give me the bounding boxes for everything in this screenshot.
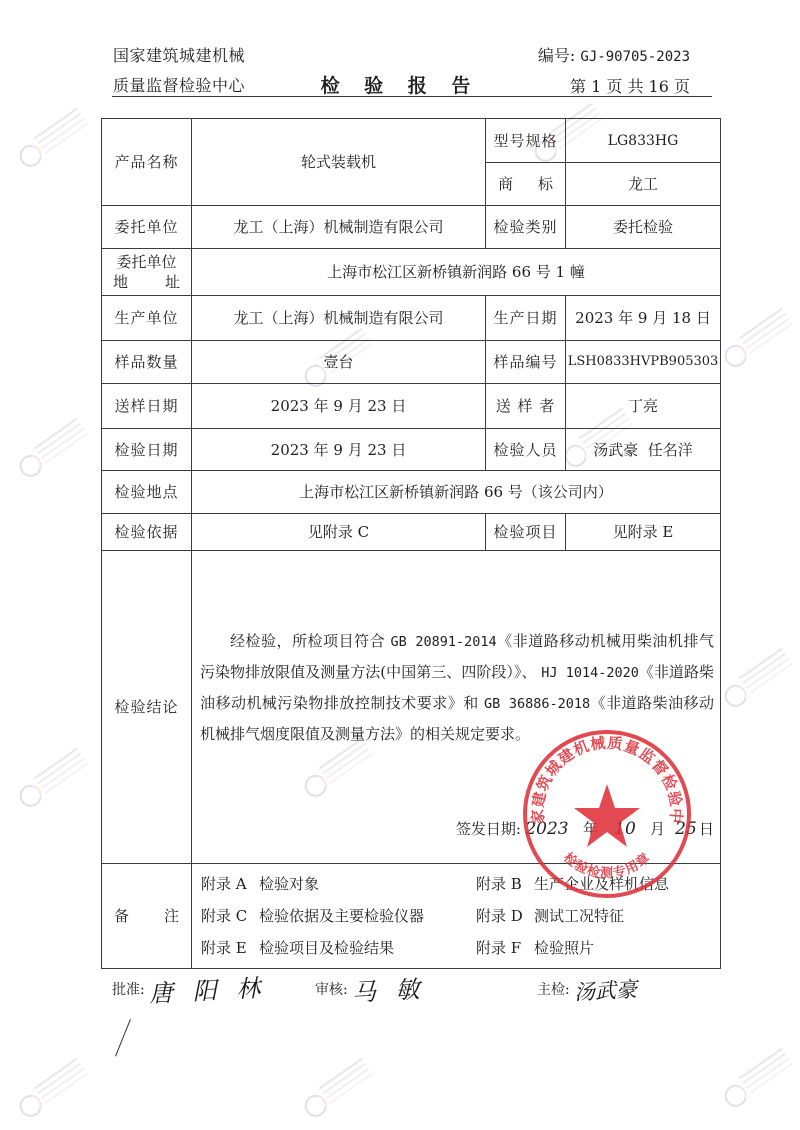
client-address-label-line1: 委托单位 — [102, 252, 191, 272]
client-value: 龙工（上海）机械制造有限公司 — [192, 206, 486, 249]
conclusion-label: 检验结论 — [102, 551, 192, 864]
appendix-title: 检验项目及检验结果 — [259, 939, 394, 957]
inspection-site-label: 检验地点 — [102, 471, 192, 514]
inspectors-label: 检验人员 — [486, 429, 566, 471]
sender-label: 送 样 者 — [486, 384, 566, 429]
watermark-icon — [11, 1051, 99, 1130]
year-unit: 年 — [583, 819, 598, 839]
issue-date-label: 签发日期: — [456, 819, 521, 839]
appendix-title: 测试工况特征 — [534, 907, 624, 925]
reviewer-signature: 审核: 马 敏 — [315, 979, 425, 1003]
approver-signature: 批准: 唐 阳 林 — [112, 979, 266, 1003]
appendix-code: 附录 A — [201, 868, 259, 900]
appendix-code: 附录 D — [476, 900, 534, 932]
appendix-item: 附录 C检验依据及主要检验仪器 — [201, 900, 476, 932]
production-date-value: 2023 年 9 月 18 日 — [566, 296, 721, 341]
appendix-code: 附录 B — [476, 868, 534, 900]
chief-inspector-signature: 主检: 汤武豪 — [537, 979, 637, 1003]
conclusion-text: 经检验，所检项目符合 GB 20891-2014《非道路移动机械用柴油机排气污染… — [200, 626, 714, 749]
trademark-label: 商 标 — [486, 163, 566, 206]
reviewer-label: 审核: — [315, 979, 348, 1001]
approver-label: 批准: — [112, 979, 145, 1001]
appendix-title: 检验对象 — [259, 875, 319, 893]
sample-number-value: LSH0833HVPB905303 — [566, 341, 721, 384]
inspection-site-value: 上海市松江区新桥镇新润路 66 号（该公司内） — [192, 471, 721, 514]
standard-gb36886: GB 36886-2018 — [484, 696, 590, 712]
watermark-icon — [716, 641, 800, 720]
org-line-1: 国家建筑城建机械 — [113, 41, 245, 71]
manufacturer-label: 生产单位 — [102, 296, 192, 341]
delivery-date-label: 送样日期 — [102, 384, 192, 429]
standard-gb20891: GB 20891-2014 — [391, 634, 497, 650]
report-number: 编号: GJ-90705-2023 — [538, 41, 690, 72]
sender-value: 丁亮 — [566, 384, 721, 429]
trademark-value: 龙工 — [566, 163, 721, 206]
trademark-label-a: 商 — [498, 174, 513, 194]
watermark-icon — [11, 101, 99, 180]
inspection-items-label: 检验项目 — [486, 514, 566, 551]
appendix-item: 附录 A检验对象 — [201, 868, 476, 900]
product-name-value: 轮式装载机 — [192, 119, 486, 206]
chief-inspector-handwritten-signature: 汤武豪 — [573, 977, 637, 1004]
sample-number-label: 样品编号 — [486, 341, 566, 384]
watermark-icon — [716, 1041, 800, 1120]
signature-row: 批准: 唐 阳 林 审核: 马 敏 主检: 汤武豪 — [112, 975, 712, 1035]
appendix-item: 附录 D测试工况特征 — [476, 900, 720, 932]
report-title: 检 验 报 告 — [300, 71, 500, 98]
page-info: 第 1 页 共 16 页 — [538, 72, 690, 102]
issue-date: 签发日期: 2023 年 10 月 25 日 — [456, 819, 714, 839]
header-divider — [112, 96, 712, 97]
client-label: 委托单位 — [102, 206, 192, 249]
remarks-label-b: 注 — [164, 906, 179, 926]
watermark-icon — [296, 1051, 384, 1130]
remarks-cell: 附录 A检验对象 附录 B生产企业及样机信息 附录 C检验依据及主要检验仪器 附… — [192, 864, 721, 969]
appendix-list: 附录 A检验对象 附录 B生产企业及样机信息 附录 C检验依据及主要检验仪器 附… — [192, 868, 720, 964]
product-name-label: 产品名称 — [102, 119, 192, 206]
watermark-icon — [11, 411, 99, 490]
reviewer-handwritten-signature: 马 敏 — [351, 977, 426, 1005]
inspection-basis-label: 检验依据 — [102, 514, 192, 551]
inspection-items-value: 见附录 E — [566, 514, 721, 551]
standard-hj1014: HJ 1014-2020 — [541, 665, 639, 681]
client-address-value: 上海市松江区新桥镇新润路 66 号 1 幢 — [192, 249, 721, 296]
model-spec-label: 型号规格 — [486, 119, 566, 163]
day-unit: 日 — [699, 819, 714, 839]
report-meta: 编号: GJ-90705-2023 第 1 页 共 16 页 — [538, 41, 690, 102]
conclusion-cell: 经检验，所检项目符合 GB 20891-2014《非道路移动机械用柴油机排气污染… — [192, 551, 721, 864]
client-address-label-a: 地 — [113, 272, 128, 292]
inspection-date-label: 检验日期 — [102, 429, 192, 471]
report-number-label: 编号: — [538, 46, 575, 65]
watermark-icon — [11, 741, 99, 820]
appendix-title: 检验照片 — [534, 939, 594, 957]
issuing-organization: 国家建筑城建机械 质量监督检验中心 — [113, 41, 245, 101]
client-address-label-b: 址 — [165, 272, 180, 292]
delivery-date-value: 2023 年 9 月 23 日 — [192, 384, 486, 429]
signature-stroke — [115, 1019, 131, 1056]
inspection-basis-value: 见附录 C — [192, 514, 486, 551]
conclusion-part-1: 经检验，所检项目符合 — [230, 632, 391, 650]
inspection-report-page: 国家建筑城建机械 质量监督检验中心 检 验 报 告 编号: GJ-90705-2… — [0, 0, 800, 1130]
appendix-code: 附录 C — [201, 900, 259, 932]
report-info-table: 产品名称 轮式装载机 型号规格 LG833HG 商 标 龙工 委托单位 龙工（上… — [101, 118, 721, 969]
chief-inspector-label: 主检: — [537, 979, 570, 1001]
issue-day: 25 — [675, 819, 697, 839]
report-number-value: GJ-90705-2023 — [580, 49, 690, 65]
inspection-type-value: 委托检验 — [566, 206, 721, 249]
model-spec-value: LG833HG — [566, 119, 721, 163]
inspection-date-value: 2023 年 9 月 23 日 — [192, 429, 486, 471]
appendix-item: 附录 B生产企业及样机信息 — [476, 868, 720, 900]
sample-quantity-label: 样品数量 — [102, 341, 192, 384]
approver-handwritten-signature: 唐 阳 林 — [148, 976, 266, 1006]
issue-month: 10 — [610, 819, 640, 839]
inspectors-value: 汤武豪 任名洋 — [566, 429, 721, 471]
trademark-label-b: 标 — [538, 174, 553, 194]
appendix-code: 附录 F — [476, 932, 534, 964]
issue-year: 2023 — [523, 819, 571, 839]
appendix-title: 检验依据及主要检验仪器 — [259, 907, 424, 925]
production-date-label: 生产日期 — [486, 296, 566, 341]
manufacturer-value: 龙工（上海）机械制造有限公司 — [192, 296, 486, 341]
month-unit: 月 — [650, 819, 665, 839]
appendix-item: 附录 F检验照片 — [476, 932, 720, 964]
inspection-type-label: 检验类别 — [486, 206, 566, 249]
appendix-code: 附录 E — [201, 932, 259, 964]
remarks-label-a: 备 — [114, 906, 129, 926]
appendix-title: 生产企业及样机信息 — [534, 875, 669, 893]
watermark-icon — [716, 301, 800, 380]
sample-quantity-value: 壹台 — [192, 341, 486, 384]
appendix-item: 附录 E检验项目及检验结果 — [201, 932, 476, 964]
client-address-label: 委托单位 地 址 — [102, 249, 192, 296]
remarks-label: 备 注 — [102, 864, 192, 969]
